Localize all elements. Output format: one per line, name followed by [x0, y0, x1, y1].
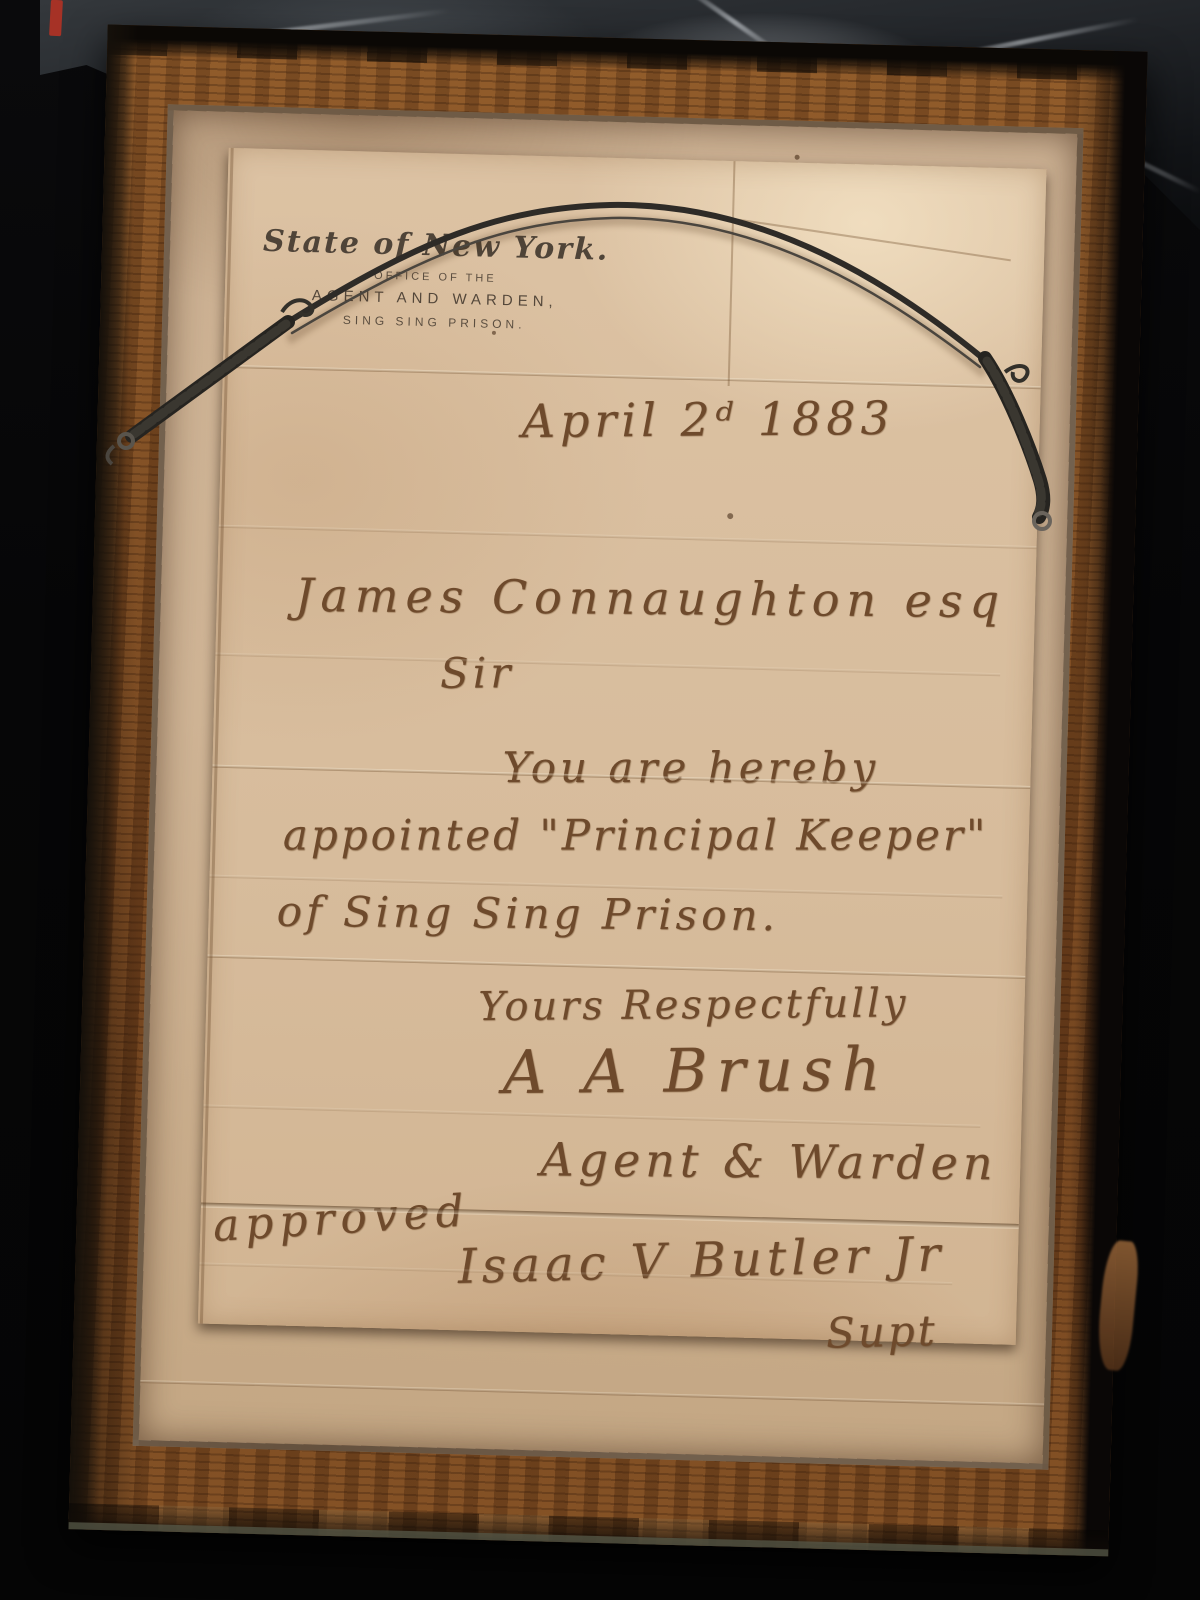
letterhead-state-line: State of New York.	[226, 223, 647, 269]
handwriting-closing: Yours Respectfully	[478, 980, 908, 1030]
letter-paper: State of New York. OFFICE OF THE AGENT A…	[198, 148, 1047, 1345]
paper-fold-line	[215, 653, 1000, 677]
paper-vertical-crease	[728, 161, 736, 386]
handwriting-recipient: James Connaughton esq	[295, 568, 1006, 628]
letterhead: State of New York. OFFICE OF THE AGENT A…	[224, 223, 646, 335]
paper-fold-line	[223, 365, 1041, 389]
picture-frame-back: State of New York. OFFICE OF THE AGENT A…	[68, 25, 1147, 1557]
paper-fold-line	[219, 525, 1037, 549]
mat-board: State of New York. OFFICE OF THE AGENT A…	[133, 104, 1084, 1470]
handwriting-body-line-1: You are hereby	[503, 743, 880, 792]
paper-speck	[727, 513, 733, 519]
handwriting-approver-signature: Isaac V Butler Jr	[457, 1226, 946, 1295]
handwriting-approver-title: Supt	[825, 1306, 938, 1358]
letterhead-prison-line: SING SING PRISON.	[224, 310, 644, 335]
paper-speck	[492, 331, 496, 335]
paper-fold-line	[207, 955, 1025, 979]
paper-diagonal-crease	[670, 209, 1010, 262]
handwriting-salutation: Sir	[440, 648, 515, 698]
handwriting-signature: A A Brush	[502, 1035, 889, 1108]
paper-fold-line	[204, 1105, 981, 1128]
handwriting-body-line-2: appointed "Principal Keeper"	[283, 811, 988, 860]
paper-speck	[795, 155, 800, 160]
handwriting-approval: approved	[211, 1185, 471, 1252]
bag-seal-red-stripe	[49, 0, 63, 36]
handwriting-body-line-3: of Sing Sing Prison.	[277, 887, 780, 940]
photo-scene: State of New York. OFFICE OF THE AGENT A…	[0, 0, 1200, 1600]
handwriting-date: April 2ᵈ 1883	[522, 391, 896, 448]
letterhead-agent-warden-line: AGENT AND WARDEN,	[225, 285, 645, 313]
letterhead-office-line: OFFICE OF THE	[225, 266, 645, 289]
handwriting-signature-title: Agent & Warden	[540, 1132, 998, 1190]
mat-crease-line	[140, 1380, 1044, 1407]
paper-edge-crease	[200, 148, 234, 1324]
